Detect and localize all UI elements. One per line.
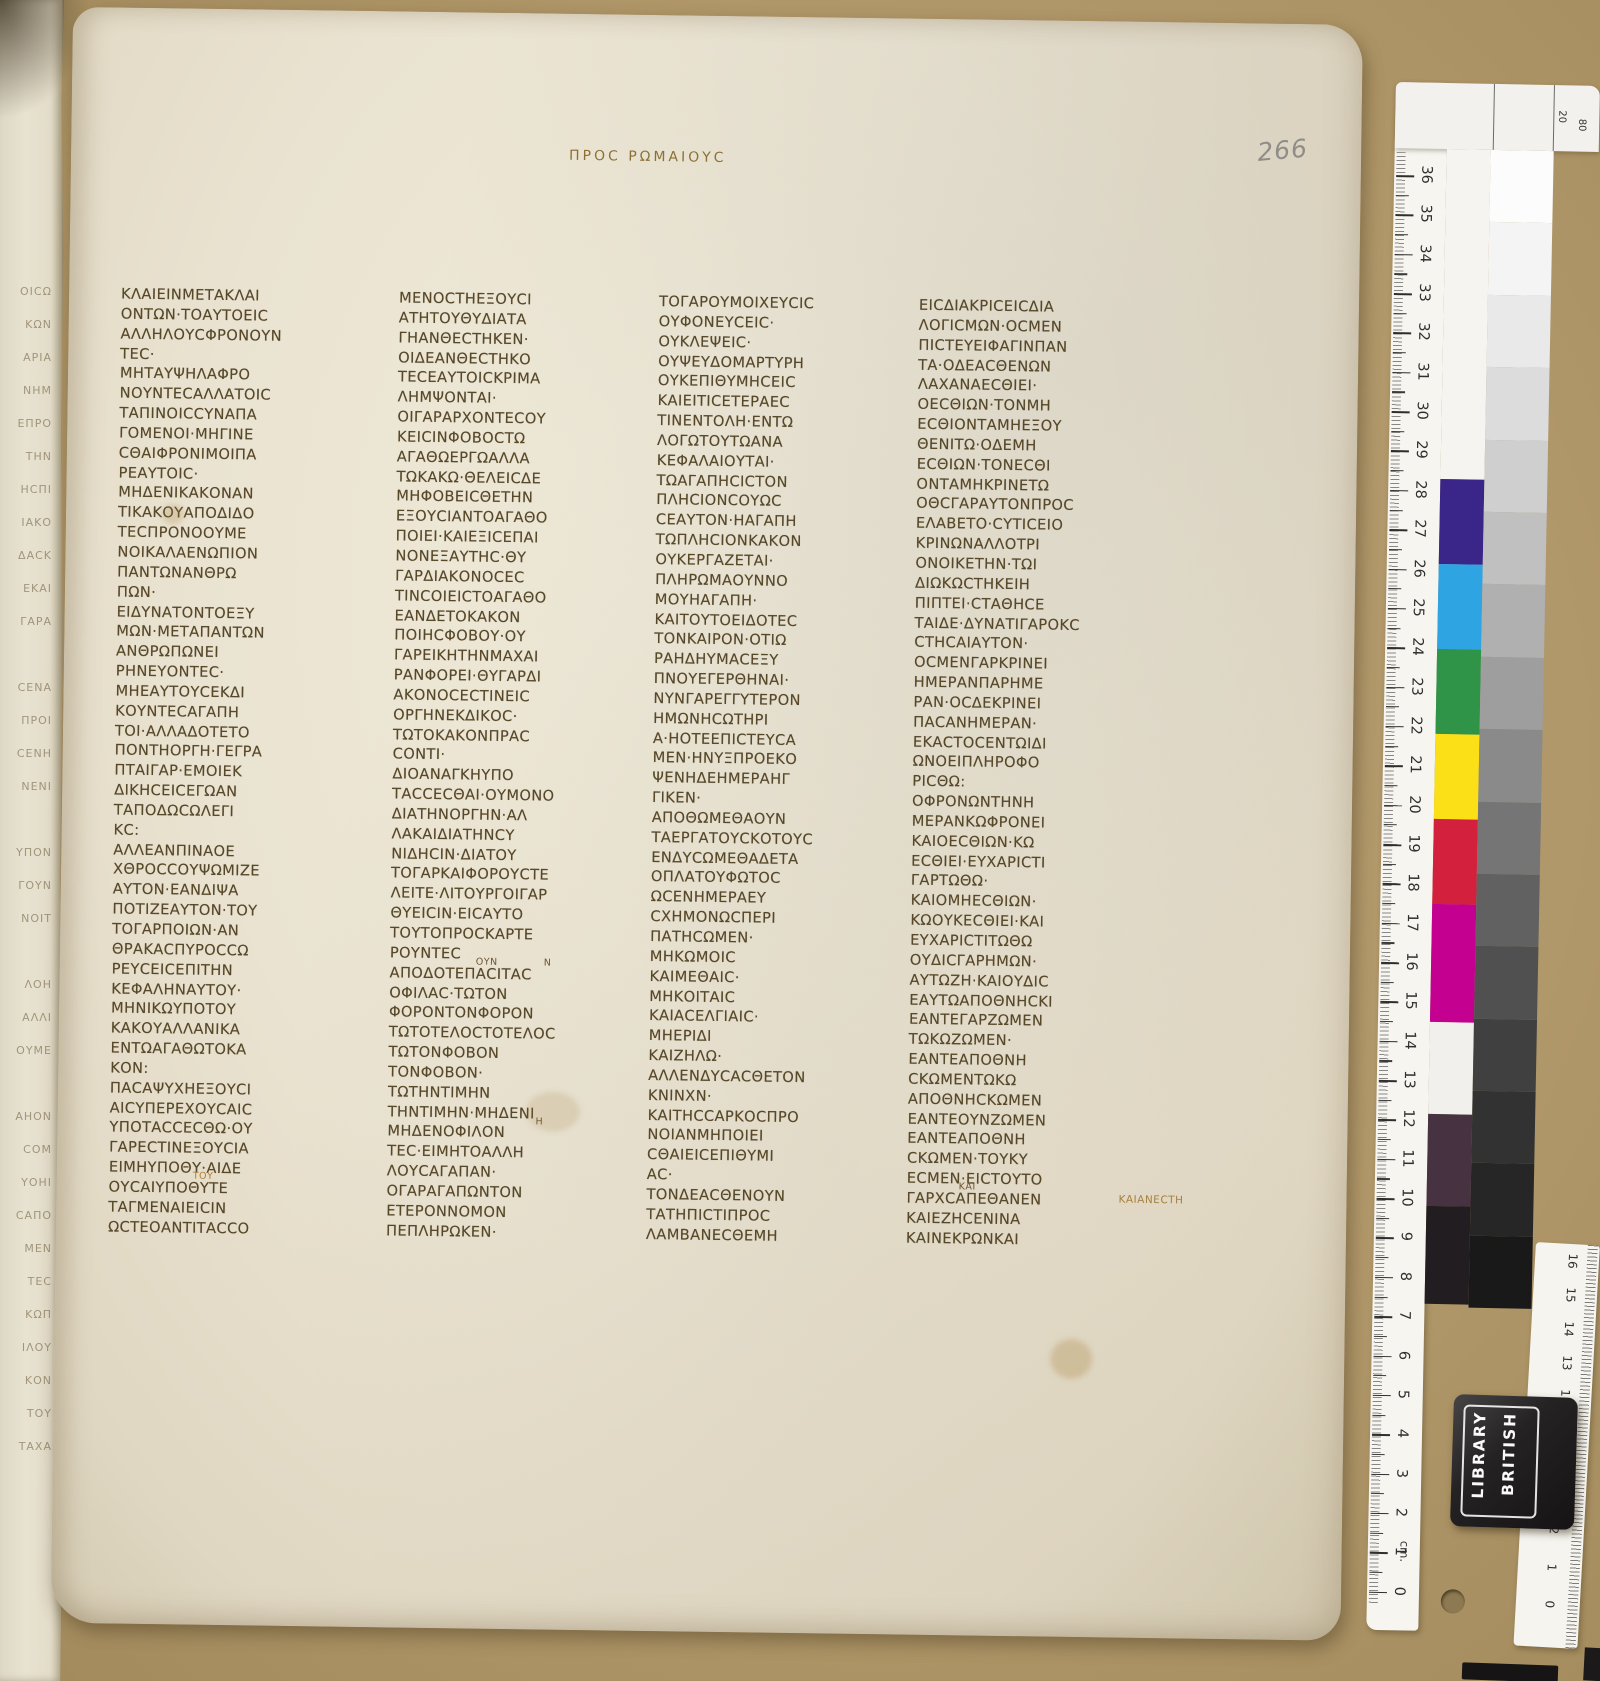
gray-step-1 [1488,222,1552,296]
cm-number: 19 [1405,833,1421,853]
color-patch-red [1432,819,1478,905]
cm-tick [1370,1513,1388,1515]
cm-tick [1389,568,1407,570]
manuscript-line: ϹΘΑΙΕΙϹΕΠΙΘΥΜΙ [647,1145,897,1168]
half-cm-tick [1388,628,1401,629]
cm-number: 14 [1401,1030,1417,1050]
cm-tick [1395,214,1413,216]
interlin-note: ΟΥΝ [476,956,498,967]
cm-tick [1370,1552,1388,1554]
cm-number: 8 [1397,1266,1413,1286]
half-cm-tick [1380,1021,1393,1022]
cm-number: 7 [1396,1305,1412,1325]
bleedthrough-fragment: ΑΗΟΝ [0,1110,52,1123]
half-cm-tick [1375,1257,1388,1258]
cm-tick [1378,1119,1396,1121]
cm-number: 16 [1403,951,1419,971]
marginal-note: ΚΑΙΑΝΕϹΤΗ [1118,1194,1183,1207]
cm-tick [1388,608,1406,610]
bleedthrough-fragment: ΚΟΝ [0,1374,52,1387]
bleedthrough-fragment: ΕΚΑΙ [0,582,52,595]
cm-tick [1385,765,1403,767]
cm-tick [1395,254,1413,256]
manuscript-line: ΜΟΥΗΑΓΑΠΗ· [655,590,905,613]
cm-tick [1384,805,1402,807]
cm-tick [1371,1473,1389,1475]
header-divider [1493,84,1495,150]
half-cm-tick [1372,1454,1385,1455]
header-value-80: 80 [1576,119,1587,132]
bleedthrough-fragment: ΓΟΥΝ [0,879,52,892]
half-cm-tick [1394,273,1407,274]
half-cm-tick [1395,234,1408,235]
cm-number: 34 [1417,243,1433,263]
library-word: LIBRARY [1469,1411,1490,1499]
cm-tick [1377,1159,1395,1161]
cm-number: 20 [1406,794,1422,814]
bleedthrough-fragment: ΥΠΟΝ [0,846,52,859]
interlin-note: ΤΟΥ [193,1171,214,1182]
bleedthrough-fragment: ΑΛΛΙ [0,1011,52,1024]
cm-number: 27 [1411,519,1427,539]
bleedthrough-fragment: ΤΗΝ [0,450,52,463]
cm-tick [1394,293,1412,295]
bleedthrough-fragment: ΟΥΜΕ [0,1044,52,1057]
cm-number: 35 [1417,204,1433,224]
half-cm-tick [1394,313,1407,314]
inner-ruler-number: 16 [1565,1253,1580,1269]
gray-step-3 [1485,367,1549,441]
british-word: BRITISH [1499,1412,1520,1497]
bleedthrough-fragment: ΟΙϹΩ [0,285,52,298]
text-column-3: ΤΟΓΑΡΟΥΜΟΙΧΕΥϹΙϹΟΥΦΟΝΕΥϹΕΙϹ·ΟΥΚΛΕΨΕΙϹ·ΟΥ… [646,292,909,1248]
inner-ruler-number: 13 [1560,1355,1575,1371]
half-cm-tick [1370,1532,1383,1533]
inner-ruler-number: 14 [1561,1321,1576,1337]
gray-step-11 [1474,946,1538,1020]
cm-number: 1 [1392,1541,1408,1561]
cm-number: 24 [1409,637,1425,657]
gray-step-12 [1473,1018,1537,1092]
cm-tick [1386,726,1404,728]
gray-step-5 [1482,512,1546,586]
cm-tick [1374,1316,1392,1318]
manuscript-line: ΤΙΝϹΟΙΕΙϹΤΟΑΓΑΘΟ [395,586,645,609]
gray-step-8 [1478,729,1542,803]
half-cm-tick [1369,1572,1382,1573]
cm-number: 21 [1407,755,1423,775]
cm-tick [1372,1434,1390,1436]
cm-tick [1374,1355,1392,1357]
half-cm-tick [1373,1375,1386,1376]
cm-number: 36 [1418,164,1434,184]
cm-number: 2 [1392,1502,1408,1522]
bleedthrough-fragment: ΤΕϹ [0,1275,52,1288]
manuscript-line: ΚΑΙΝΕΚΡΩΝΚΑΙ [906,1228,1156,1251]
half-cm-tick [1377,1178,1390,1179]
bleedthrough-fragment: ΓΑΡΑ [0,615,52,628]
cm-tick [1379,1080,1397,1082]
manuscript-line: ΤΑΠΟΔΩϹΩΛΕΓΙ [114,800,364,823]
half-cm-tick [1392,391,1405,392]
color-patch-white [1440,149,1490,480]
header-divider [1553,85,1555,151]
bleedthrough-fragment: ΙΛΟΥ [0,1341,52,1354]
bleedthrough-fragment: ΝΗΜ [0,384,52,397]
manuscript-page: ΠΡΟϹ ΡΩΜΑΙΟΥϹ 266 ΚΛΑΙΕΙΝΜΕΤΑΚΛΑΙΟΝΤΩΝ·Τ… [51,7,1363,1641]
text-columns: ΚΛΑΙΕΙΝΜΕΤΑΚΛΑΙΟΝΤΩΝ·ΤΟΑΥΤΟΕΙϹΑΛΛΗΛΟΥϹΦΡ… [51,7,1363,1641]
half-cm-tick [1383,864,1396,865]
bleedthrough-fragment: ΛΟΗ [0,978,52,991]
bleedthrough-fragment: ΚΩΝ [0,318,52,331]
manuscript-line: ΠΙΠΤΕΙ·ϹΤΑΘΗϹΕ [915,593,1165,616]
gray-step-4 [1484,439,1548,513]
half-cm-tick [1391,470,1404,471]
cm-tick [1386,687,1404,689]
ruler-hole [1441,1589,1465,1613]
bleedthrough-fragment: ΜΕΝ [0,1242,52,1255]
cm-number: 10 [1398,1187,1414,1207]
cm-number: 26 [1410,558,1426,578]
gray-step-10 [1475,874,1539,948]
cm-number: 33 [1416,283,1432,303]
cm-tick [1392,411,1410,413]
manuscript-line: ΑΛΛΗΛΟΥϹΦΡΟΝΟΥΝ [120,324,370,347]
text-column-1: ΚΛΑΙΕΙΝΜΕΤΑΚΛΑΙΟΝΤΩΝ·ΤΟΑΥΤΟΕΙϹΑΛΛΗΛΟΥϹΦΡ… [108,285,371,1241]
bleedthrough-fragment: ΤΟΥ [0,1407,52,1420]
cm-tick [1373,1395,1391,1397]
half-cm-tick [1374,1336,1387,1337]
color-patch-green [1435,649,1481,735]
gray-step-2 [1487,295,1551,369]
half-cm-tick [1390,509,1403,510]
cm-number: 11 [1399,1148,1415,1168]
gray-step-7 [1480,657,1544,731]
cm-number: 15 [1402,991,1418,1011]
half-cm-tick [1384,824,1397,825]
color-patch-yellow [1434,734,1480,820]
manuscript-line: ΠΩΝ· [117,582,367,605]
manuscript-line: ΛΑΜΒΑΝΕϹΘΕΜΗ [646,1225,896,1248]
cm-number: 5 [1395,1384,1411,1404]
half-cm-tick [1382,903,1395,904]
half-cm-tick [1376,1218,1389,1219]
cm-tick [1389,529,1407,531]
half-cm-tick [1387,667,1400,668]
gray-step-0 [1489,150,1553,224]
page-stain [525,1091,580,1132]
gray-step-9 [1477,801,1541,875]
half-cm-tick [1391,431,1404,432]
cm-tick [1380,1041,1398,1043]
cm-tick [1380,1001,1398,1003]
cm-number: 12 [1400,1109,1416,1129]
calibration-header: 20 80 [1395,82,1600,152]
bleedthrough-fragment: ΤΑΧΑ [0,1440,52,1453]
cm-tick [1375,1277,1393,1279]
bleedthrough-fragment: ΝΕΝΙ [0,780,52,793]
cm-number: 28 [1412,479,1428,499]
cm-number: 22 [1407,715,1423,735]
color-patch-white-2 [1428,1022,1474,1115]
cm-number: 25 [1410,597,1426,617]
cm-tick [1383,883,1401,885]
british-library-label: LIBRARY BRITISH [1450,1394,1578,1530]
half-cm-tick [1375,1296,1388,1297]
cm-number: 13 [1401,1069,1417,1089]
interlin-note: Ν [544,957,552,968]
half-cm-tick [1378,1100,1391,1101]
half-cm-tick [1379,1060,1392,1061]
cm-tick [1381,962,1399,964]
gray-step-14 [1470,1163,1534,1237]
half-cm-tick [1372,1414,1385,1415]
cm-tick [1387,647,1405,649]
interlin-note: ΚΑΙ [959,1182,976,1193]
manuscript-line: ΩϹΤΕΟΑΝΤΙΤΑϹϹΟ [108,1217,358,1240]
cm-tick [1392,372,1410,374]
bleedthrough-fragment: ΚΩΠ [0,1308,52,1321]
header-value-20: 20 [1556,110,1567,123]
cm-number: 9 [1398,1227,1414,1247]
text-column-4: ΕΙϹΔΙΑΚΡΙϹΕΙϹΔΙΑΛΟΓΙϹΜΩΝ·ΟϹΜΕΝΠΙϹΤΕΥΕΙΦΑ… [906,296,1169,1252]
cm-number: 30 [1414,401,1430,421]
cm-number: 0 [1391,1581,1407,1601]
color-patch-indigo [1439,479,1485,565]
manuscript-line: ΠΕΠΛΗΡΩΚΕΝ· [386,1221,636,1244]
black-tab-edge [1462,1662,1559,1681]
half-cm-tick [1371,1493,1384,1494]
bleedthrough-fragment: ΥΟΗΙ [0,1176,52,1189]
inner-ruler-number: 0 [1542,1600,1556,1608]
color-patch-black [1425,1206,1471,1305]
cm-tick [1382,923,1400,925]
color-patch-magenta [1430,904,1476,1023]
cm-number: 4 [1394,1423,1410,1443]
cm-number: 32 [1415,322,1431,342]
color-patch-aubergine [1426,1114,1472,1207]
cm-tick [1393,332,1411,334]
half-cm-tick [1393,352,1406,353]
cm-tick [1383,844,1401,846]
cm-tick [1396,175,1414,177]
half-cm-tick [1378,1139,1391,1140]
cm-number: 31 [1414,361,1430,381]
bleedthrough-fragment: ΝΟΙΤ [0,912,52,925]
black-tab-edge [1583,1647,1600,1681]
half-cm-tick [1388,588,1401,589]
bleedthrough-fragment: ΗϹΠΙ [0,483,52,496]
cm-tick [1391,450,1409,452]
color-patch-cyan [1437,564,1483,650]
cm-tick [1377,1198,1395,1200]
bleedthrough-fragment: ϹΟΜ [0,1143,52,1156]
cm-number: 29 [1413,440,1429,460]
half-cm-tick [1385,746,1398,747]
half-cm-tick [1396,195,1409,196]
half-cm-tick [1381,942,1394,943]
cm-tick [1390,490,1408,492]
cm-number: 17 [1404,912,1420,932]
cm-number: 23 [1408,676,1424,696]
bleedthrough-fragment: ΙΑΚΟ [0,516,52,529]
half-cm-tick [1384,785,1397,786]
gray-step-13 [1471,1091,1535,1165]
inner-ruler-number: 1 [1544,1563,1558,1571]
half-cm-tick [1389,549,1402,550]
cm-tick [1376,1237,1394,1239]
bleedthrough-fragment: ϹΕΝΑ [0,681,52,694]
bleedthrough-fragment: ϹΕΝΗ [0,747,52,760]
gray-step-6 [1481,584,1545,658]
cm-number: 6 [1395,1345,1411,1365]
gray-step-15 [1468,1236,1532,1310]
cm-tick [1369,1591,1387,1593]
bleedthrough-fragment: ΠΡΟΙ [0,714,52,727]
bleedthrough-fragment: ΑΡΙΑ [0,351,52,364]
cm-number: 3 [1393,1463,1409,1483]
half-cm-tick [1386,706,1399,707]
text-column-2: ΜΕΝΟϹΤΗΕΞΟΥϹΙΑΤΗΤΟΥΘΥΔΙΑΤΑΓΗΑΝΘΕϹΤΗΚΕΝ·Ο… [386,288,649,1244]
half-cm-tick [1381,982,1394,983]
bleedthrough-fragment: ΔΑϹΚ [0,549,52,562]
inner-ruler-number: 15 [1563,1287,1578,1303]
bleedthrough-fragment: ΕΠΡΟ [0,417,52,430]
bleedthrough-fragment: ϹΑΠΟ [0,1209,52,1222]
cm-number: 18 [1404,873,1420,893]
